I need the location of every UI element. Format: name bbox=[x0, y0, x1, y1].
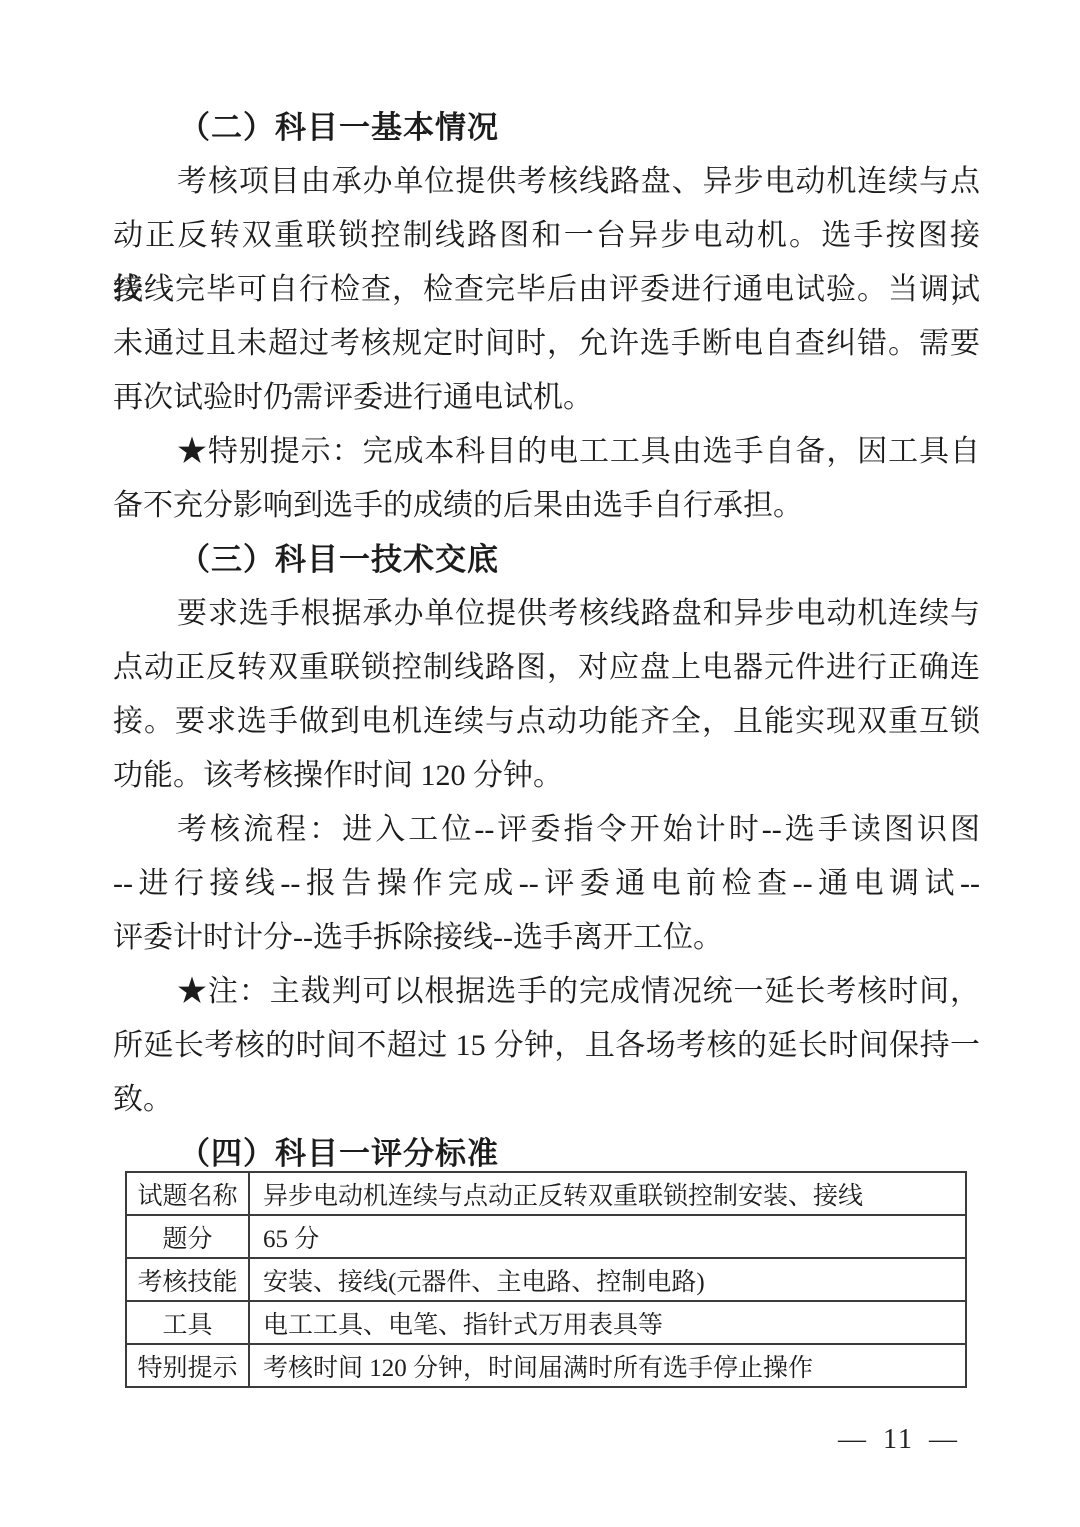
paragraph-line: 接线完毕可自行检查，检查完毕后由评委进行通电试验。当调试 bbox=[113, 263, 980, 317]
table-row-value: 异步电动机连续与点动正反转双重联锁控制安装、接线 bbox=[249, 1172, 966, 1215]
process-flow-line: 考核流程：进入工位--评委指令开始计时--选手读图识图 bbox=[113, 803, 980, 857]
table-row-value: 安装、接线(元器件、主电路、控制电路) bbox=[249, 1258, 966, 1301]
scoring-table: 试题名称 异步电动机连续与点动正反转双重联锁控制安装、接线 题分 65 分 考核… bbox=[125, 1171, 967, 1388]
page-number: — 11 — bbox=[838, 1424, 959, 1456]
document-page: （二）科目一基本情况 考核项目由承办单位提供考核线路盘、异步电动机连续与点 动正… bbox=[0, 0, 1080, 1527]
table-row: 考核技能 安装、接线(元器件、主电路、控制电路) bbox=[126, 1258, 966, 1301]
table-row: 工具 电工工具、电笔、指针式万用表具等 bbox=[126, 1301, 966, 1344]
paragraph-line: 功能。该考核操作时间 120 分钟。 bbox=[113, 749, 980, 803]
document-body: （二）科目一基本情况 考核项目由承办单位提供考核线路盘、异步电动机连续与点 动正… bbox=[113, 101, 980, 1181]
paragraph-line: 要求选手根据承办单位提供考核线路盘和异步电动机连续与 bbox=[113, 587, 980, 641]
note-line: 所延长考核的时间不超过 15 分钟，且各场考核的延长时间保持一 bbox=[113, 1019, 980, 1073]
table-row-value: 65 分 bbox=[249, 1215, 966, 1258]
table-row: 题分 65 分 bbox=[126, 1215, 966, 1258]
process-flow-line: 评委计时计分--选手拆除接线--选手离开工位。 bbox=[113, 911, 980, 965]
table-row-label: 特别提示 bbox=[126, 1344, 249, 1387]
paragraph-line: 再次试验时仍需评委进行通电试机。 bbox=[113, 371, 980, 425]
paragraph-line: 未通过且未超过考核规定时间时，允许选手断电自查纠错。需要 bbox=[113, 317, 980, 371]
table-row-label: 题分 bbox=[126, 1215, 249, 1258]
paragraph-line: 动正反转双重联锁控制线路图和一台异步电动机。选手按图接线， bbox=[113, 209, 980, 263]
table-row-label: 试题名称 bbox=[126, 1172, 249, 1215]
paragraph-line: 接。要求选手做到电机连续与点动功能齐全，且能实现双重互锁 bbox=[113, 695, 980, 749]
paragraph-line: 考核项目由承办单位提供考核线路盘、异步电动机连续与点 bbox=[113, 155, 980, 209]
table-row-value: 考核时间 120 分钟，时间届满时所有选手停止操作 bbox=[249, 1344, 966, 1387]
note-line: 致。 bbox=[113, 1073, 980, 1127]
note-line: ★注：主裁判可以根据选手的完成情况统一延长考核时间， bbox=[113, 965, 980, 1019]
table-row-value: 电工工具、电笔、指针式万用表具等 bbox=[249, 1301, 966, 1344]
table-row-label: 工具 bbox=[126, 1301, 249, 1344]
special-note-line: 备不充分影响到选手的成绩的后果由选手自行承担。 bbox=[113, 479, 980, 533]
paragraph-line: 点动正反转双重联锁控制线路图，对应盘上电器元件进行正确连 bbox=[113, 641, 980, 695]
special-note-line: ★特别提示：完成本科目的电工工具由选手自备，因工具自 bbox=[113, 425, 980, 479]
section-heading-2: （二）科目一基本情况 bbox=[113, 101, 980, 155]
table-row: 试题名称 异步电动机连续与点动正反转双重联锁控制安装、接线 bbox=[126, 1172, 966, 1215]
table-row: 特别提示 考核时间 120 分钟，时间届满时所有选手停止操作 bbox=[126, 1344, 966, 1387]
section-heading-3: （三）科目一技术交底 bbox=[113, 533, 980, 587]
table-row-label: 考核技能 bbox=[126, 1258, 249, 1301]
process-flow-line: --进行接线--报告操作完成--评委通电前检查--通电调试-- bbox=[113, 857, 980, 911]
